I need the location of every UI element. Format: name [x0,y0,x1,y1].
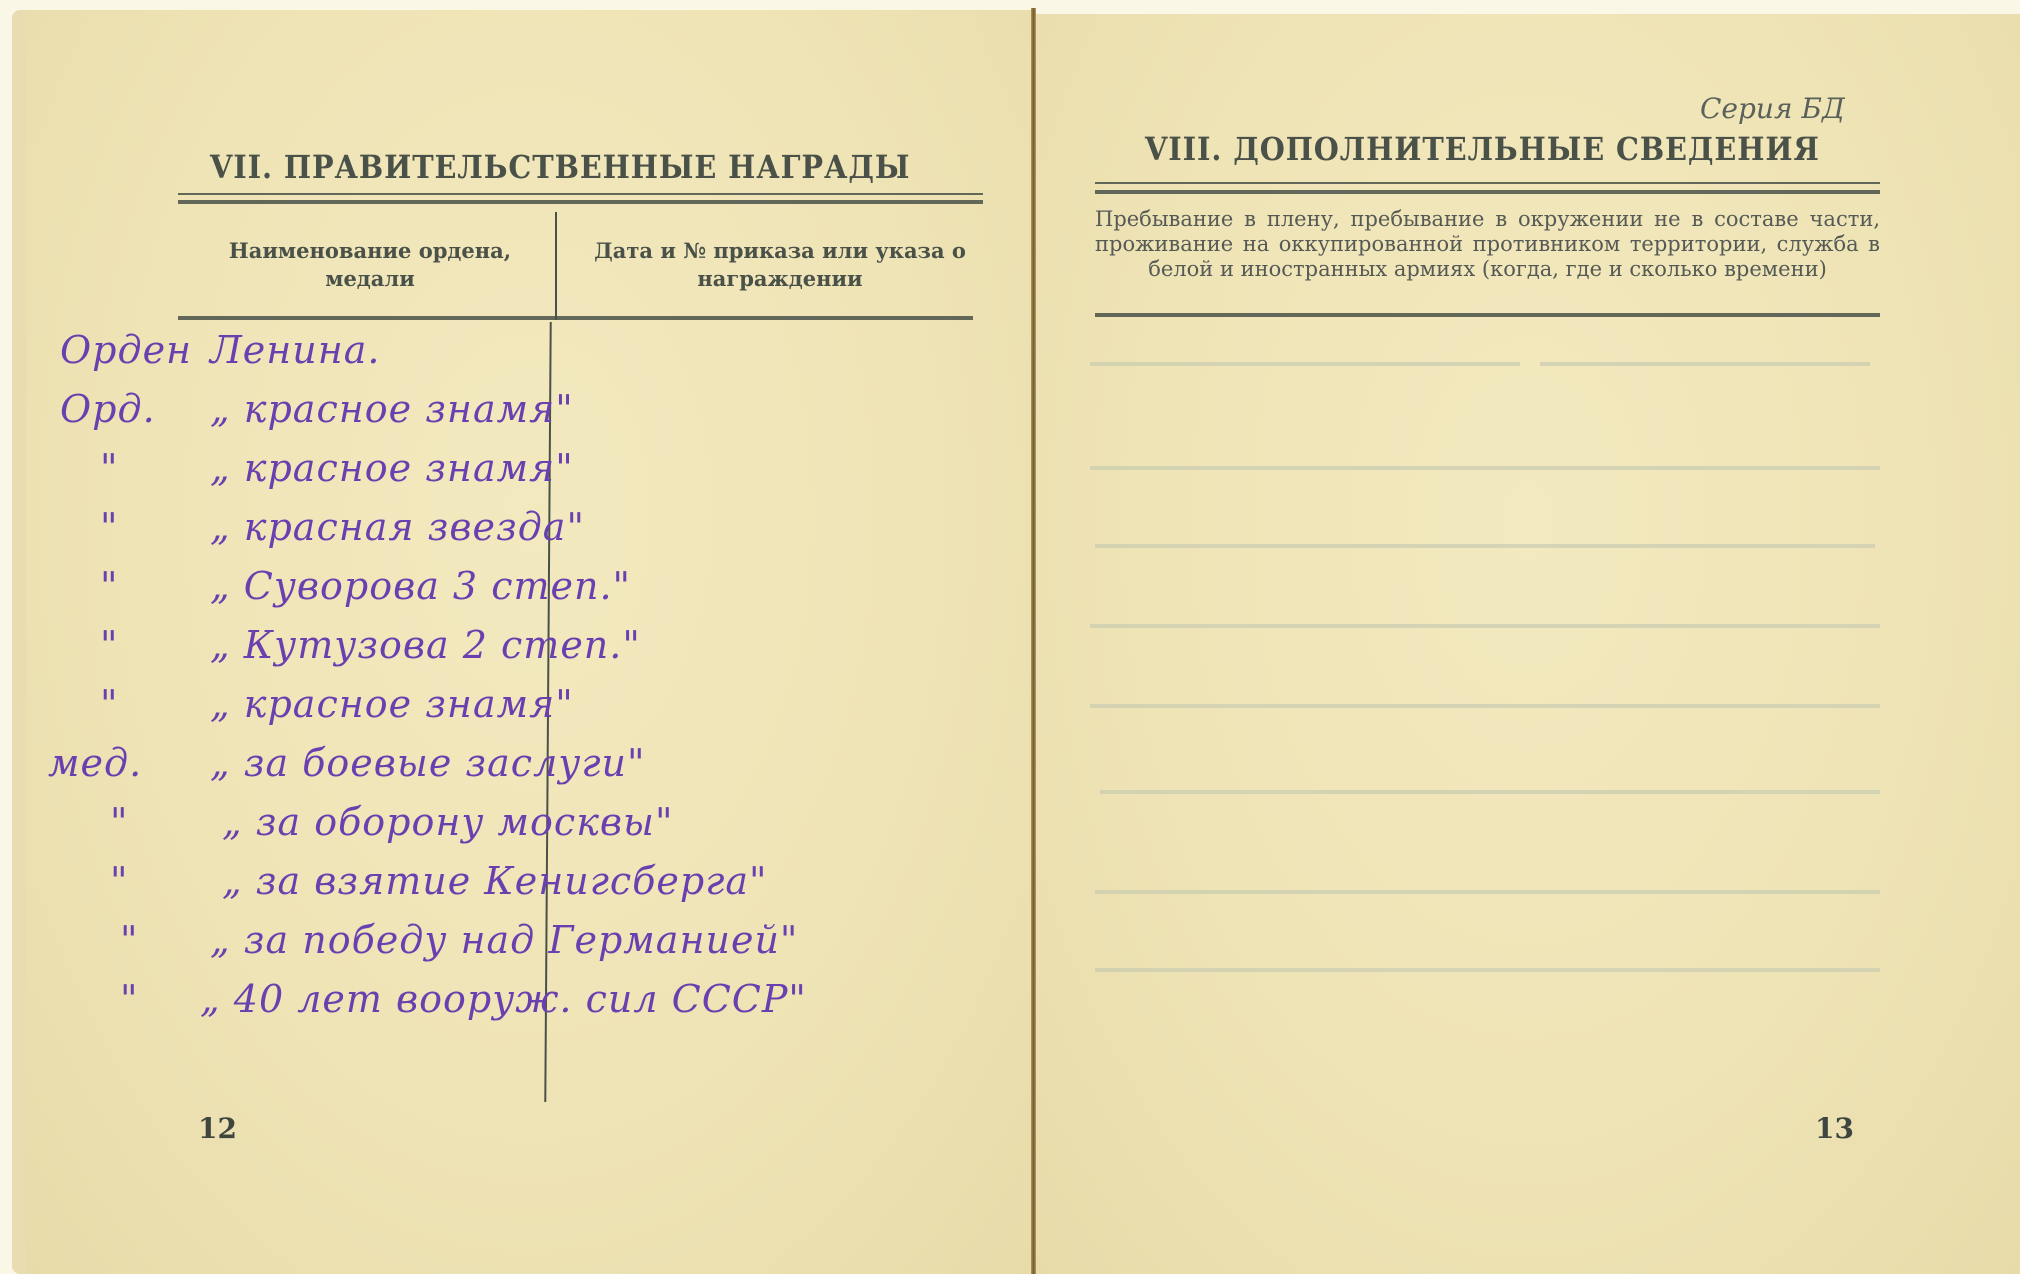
award-name: Ленина. [210,328,380,372]
document-spread: VII. ПРАВИТЕЛЬСТВЕННЫЕ НАГРАДЫ Наименова… [0,0,2020,1274]
awards-list: Орден Ленина. Орд. „ красное знамя" " „ … [60,320,960,1028]
award-row: " „ красная звезда" [60,497,960,556]
award-row: " „ красное знамя" [60,438,960,497]
blank-line [1095,890,1880,894]
award-name: „ красное знамя" [210,446,574,490]
blank-line [1100,790,1880,794]
award-row: " „ красное знамя" [60,674,960,733]
blank-line [1095,544,1875,548]
column-header-date-order: Дата и № приказа или указа о награждении [570,237,990,293]
series-label: Серия БД [1700,92,1845,125]
title-rule-top [178,193,983,195]
section-title-awards: VII. ПРАВИТЕЛЬСТВЕННЫЕ НАГРАДЫ [210,148,912,186]
award-type: " [60,859,210,903]
award-type: " [60,505,210,549]
award-name: „ 40 лет вооруж. сил СССР" [200,977,807,1021]
award-name: „ Кутузова 2 степ." [210,623,641,667]
blank-line [1095,968,1880,972]
additional-info-description: Пребывание в плену, пребывание в окружен… [1095,207,1880,282]
right-title-rule-top [1095,182,1880,184]
award-row: Орден Ленина. [60,320,960,379]
award-type: Орден [60,328,210,372]
blank-line [1090,466,1880,470]
award-row: Орд. „ красное знамя" [60,379,960,438]
award-type: " [60,977,210,1021]
column-header-award-name: Наименование ордена, медали [190,237,550,293]
award-type: " [60,564,210,608]
award-name: „ красная звезда" [210,505,585,549]
title-rule-bottom [178,200,983,204]
award-type: " [60,682,210,726]
award-name: „ за оборону москвы" [222,800,673,844]
award-row: " „ Суворова 3 степ." [60,556,960,615]
award-type: " [60,623,210,667]
award-row: " „ 40 лет вооруж. сил СССР" [60,969,960,1028]
award-type: " [60,446,210,490]
description-rule [1095,313,1880,317]
page-number-left: 12 [198,1112,237,1145]
award-name: „ за победу над Германией" [210,918,798,962]
right-page [1036,14,2020,1274]
blank-line [1090,624,1880,628]
award-row: мед. „ за боевые заслуги" [60,733,960,792]
award-row: " „ за взятие Кенигсберга" [60,851,960,910]
blank-line [1540,362,1870,366]
award-type: " [60,918,210,962]
blank-line [1090,362,1520,366]
award-name: „ за взятие Кенигсберга" [222,859,768,903]
award-row: " „ за оборону москвы" [60,792,960,851]
award-name: „ Суворова 3 степ." [210,564,631,608]
award-name: „ красное знамя" [210,387,574,431]
award-name: „ красное знамя" [210,682,574,726]
award-row: " „ за победу над Германией" [60,910,960,969]
right-title-rule-bottom [1095,190,1880,194]
award-type: мед. [48,741,210,785]
page-number-right: 13 [1815,1112,1854,1145]
award-name: „ за боевые заслуги" [210,741,645,785]
blank-line [1090,704,1880,708]
section-title-additional-info: VIII. ДОПОЛНИТЕЛЬНЫЕ СВЕДЕНИЯ [1145,130,1829,168]
award-type: Орд. [60,387,210,431]
award-type: " [60,800,210,844]
column-divider-header [555,212,557,320]
award-row: " „ Кутузова 2 степ." [60,615,960,674]
